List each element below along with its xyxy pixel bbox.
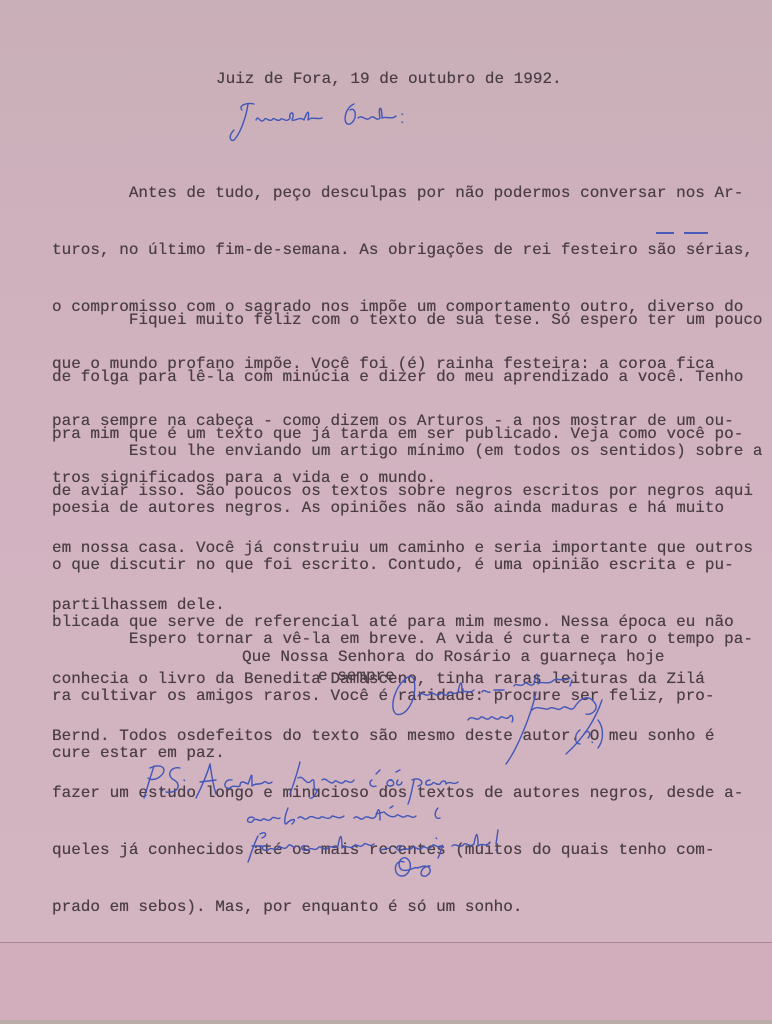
strikethrough-mark [656,232,674,234]
paragraph-line: Estou lhe enviando um artigo mínimo (em … [52,442,763,461]
paragraph-line: Antes de tudo, peço desculpas por não po… [52,184,753,203]
paragraph-line: poesia de autores negros. As opiniões nã… [52,499,763,518]
paragraph-line: Espero tornar a vê-la em breve. A vida é… [52,630,753,649]
paragraph-line: o que discutir no que foi escrito. Contu… [52,556,763,575]
paragraph-line: prado em sebos). Mas, por enquanto é só … [52,898,763,917]
paragraph-line: de folga para lê-la com minúcia e dizer … [52,368,763,387]
postscript-handwriting [140,758,520,882]
strikethrough-mark [684,232,708,234]
scan-bottom-edge [0,1020,772,1024]
underlying-sheet-edge [0,942,772,1021]
paragraph-line: turos, no último fim-de-semana. As obrig… [52,241,753,260]
signature-handwriting [388,668,628,768]
place-date: Juiz de Fora, 19 de outubro de 1992. [216,70,562,89]
closing-line-1: Que Nossa Senhora do Rosário a guarneça … [242,648,664,667]
salutation-handwriting [226,96,406,146]
paragraph-line: Fiquei muito feliz com o texto de sua te… [52,311,763,330]
